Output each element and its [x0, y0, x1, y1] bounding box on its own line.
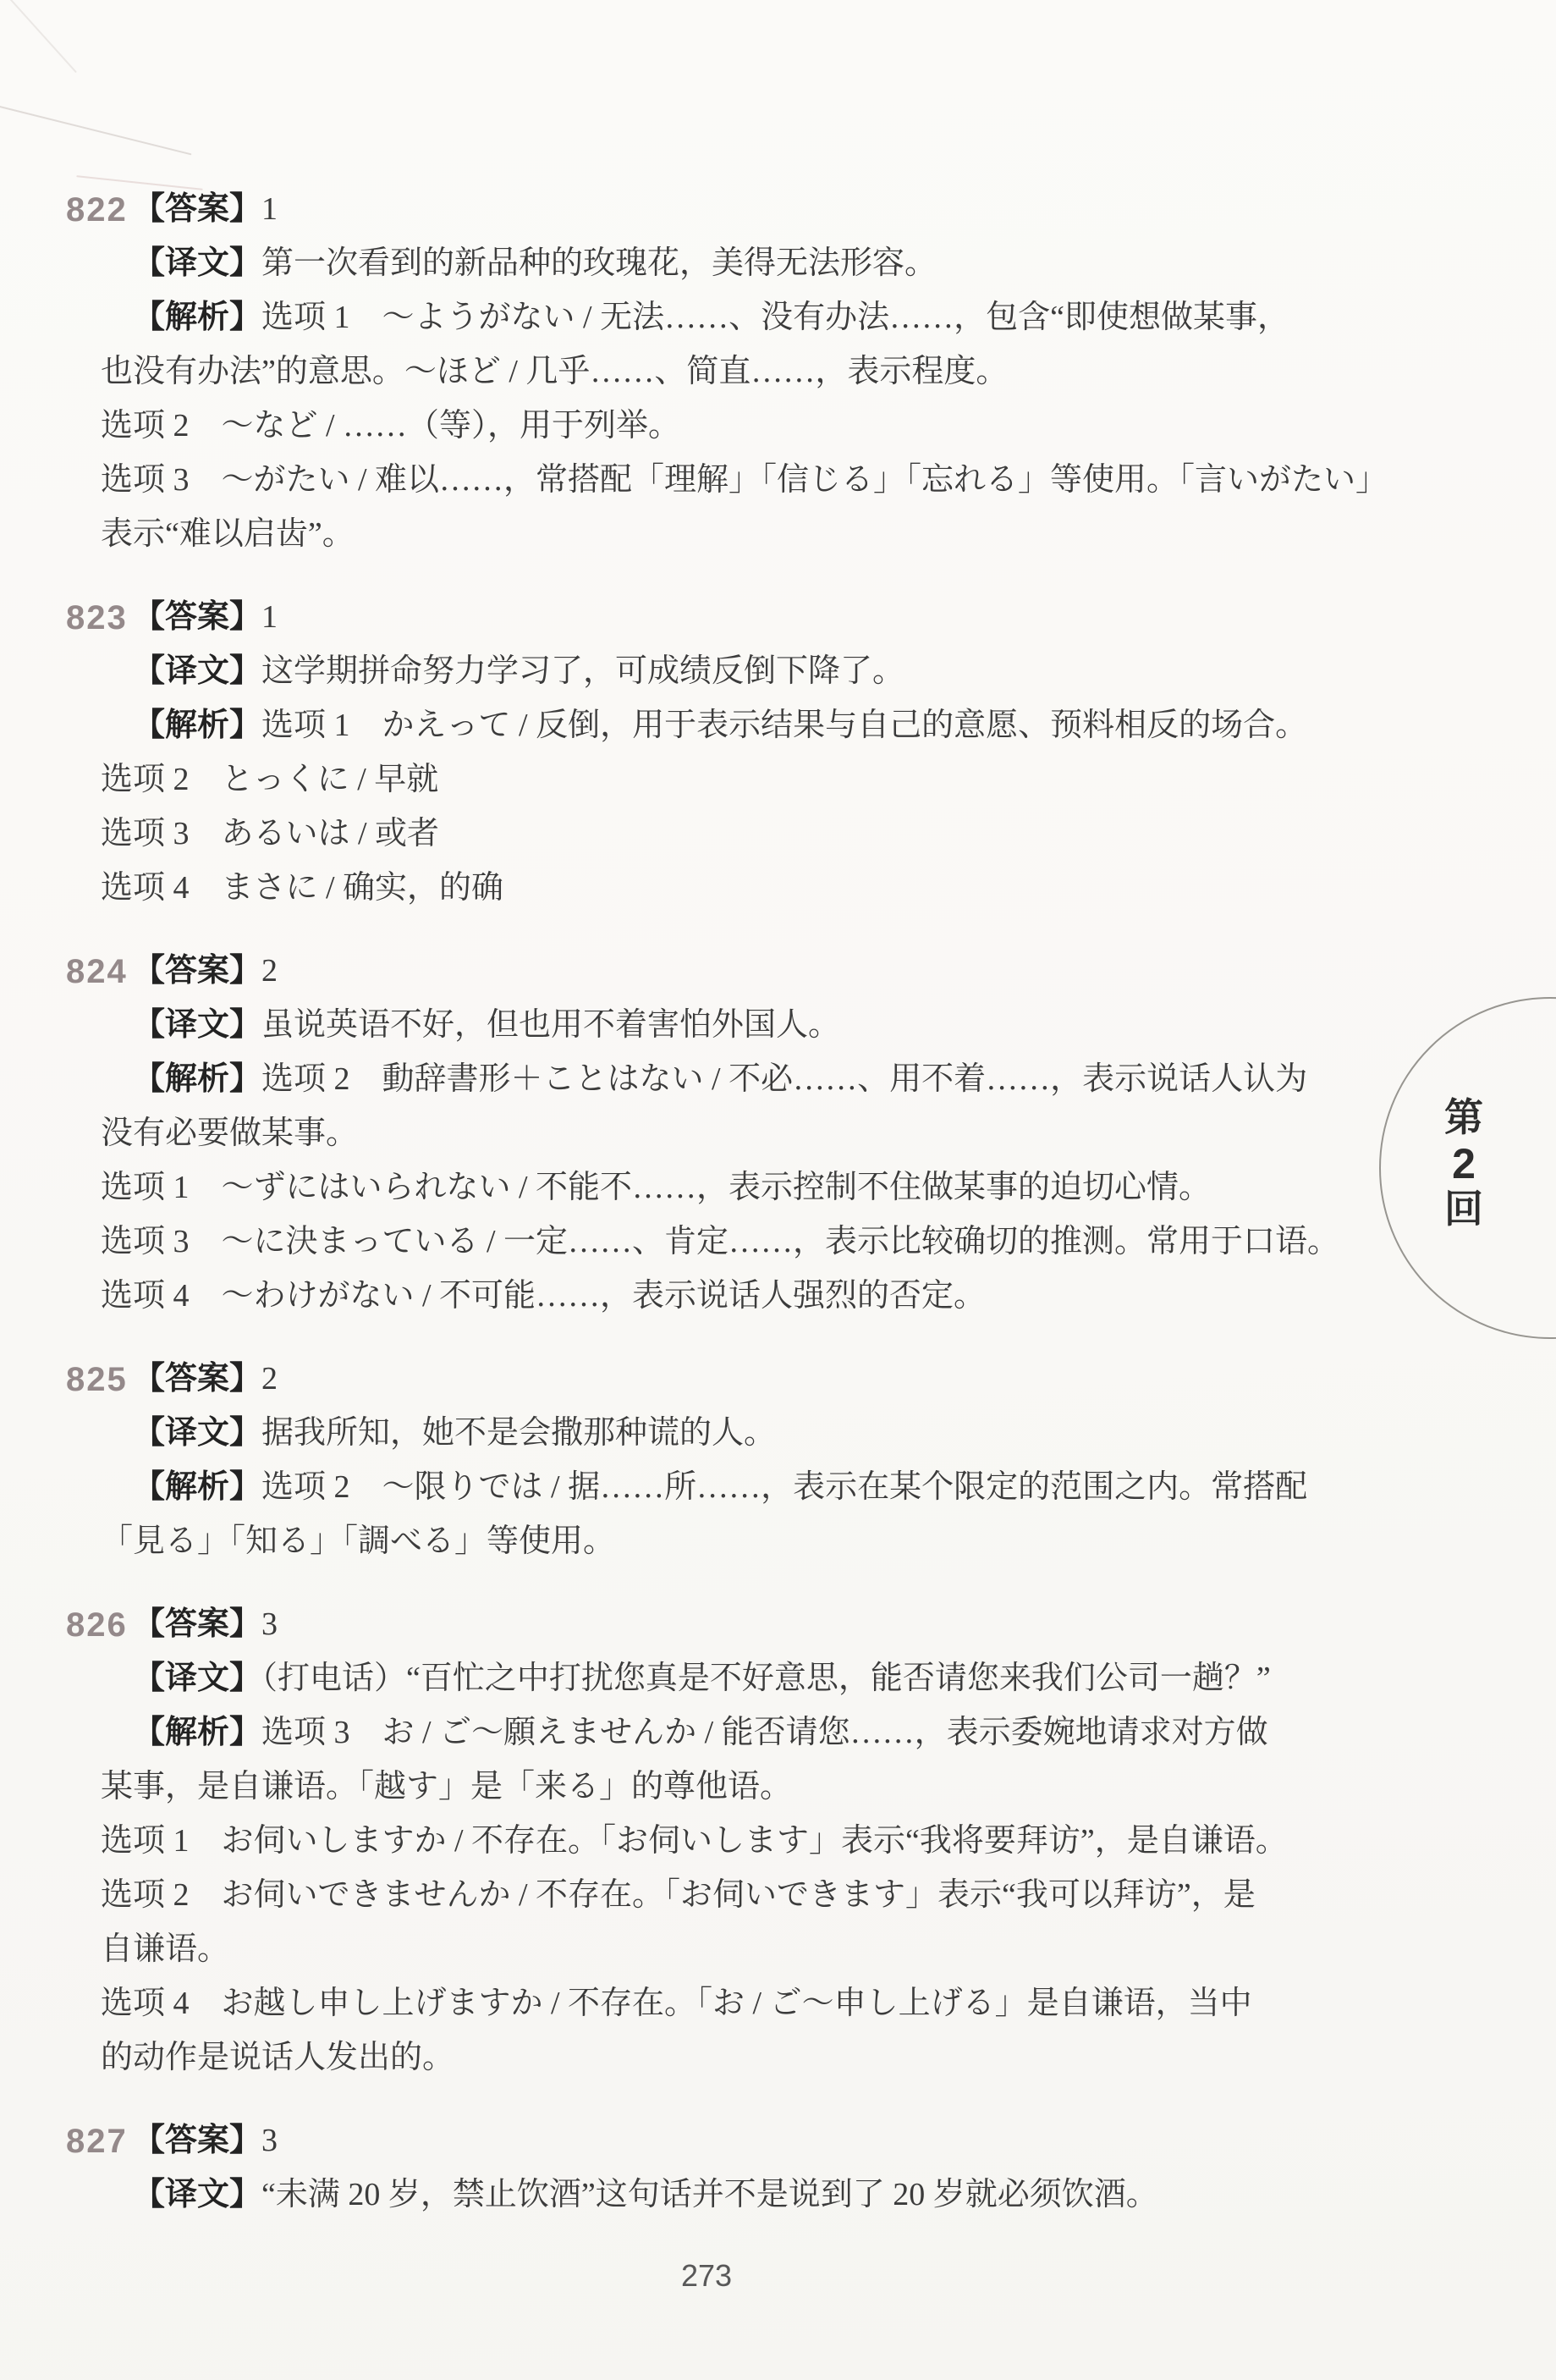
continuation-line: 也没有办法”的意思。～ほど / 几乎……、简直……，表示程度。: [0, 344, 1556, 399]
item-number: 824: [66, 953, 128, 991]
answer-line: 【答案】3: [0, 2113, 1556, 2168]
translation-line: 【译文】据我所知，她不是会撒那种谎的人。: [0, 1406, 1556, 1460]
answer-item: 823 【答案】1 【译文】这学期拼命努力学习了，可成绩反倒下降了。 【解析】选…: [0, 590, 1556, 915]
section-label: 【解析】: [133, 300, 261, 335]
option-line: 选项 4 まさに / 确实，的确: [0, 861, 1556, 915]
answer-key-content: 822 【答案】1 【译文】第一次看到的新品种的玫瑰花，美得无法形容。 【解析】…: [0, 182, 1556, 2251]
section-label: 【译文】: [133, 653, 261, 689]
answer-line: 【答案】2: [0, 944, 1556, 998]
section-label: 【答案】: [133, 1361, 261, 1397]
round-2-badge: 第 2 回: [1437, 1095, 1491, 1232]
answer-item: 824 【答案】2 【译文】虽说英语不好，但也用不着害怕外国人。 【解析】选项 …: [0, 944, 1556, 1323]
analysis-line: 【解析】选项 1 ～ようがない / 无法……、没有办法……，包含“即使想做某事，: [0, 290, 1556, 344]
section-label: 【译文】: [133, 1007, 261, 1043]
continuation-line: 的动作是说话人发出的。: [0, 2030, 1556, 2085]
section-label: 【译文】: [133, 245, 261, 281]
scanned-textbook-page: { "page": { "number": "273", "badge": { …: [0, 0, 1556, 2380]
answer-value: 3: [261, 1606, 278, 1642]
answer-item: 826 【答案】3 【译文】（打电话）“百忙之中打扰您真是不好意思，能否请您来我…: [0, 1597, 1556, 2085]
item-number: 822: [66, 191, 128, 229]
continuation-line: 表示“难以启齿”。: [0, 507, 1556, 561]
continuation-line: 没有必要做某事。: [0, 1106, 1556, 1160]
section-label: 【解析】: [133, 1469, 261, 1505]
section-label: 【答案】: [133, 2123, 261, 2158]
section-label: 【解析】: [133, 1061, 261, 1097]
section-label: 【答案】: [133, 191, 261, 227]
translation-line: 【译文】（打电话）“百忙之中打扰您真是不好意思，能否请您来我们公司一趟？”: [0, 1651, 1556, 1705]
badge-char: 回: [1437, 1187, 1491, 1232]
answer-value: 2: [261, 1361, 278, 1397]
item-number: 826: [66, 1606, 128, 1645]
continuation-line: 自谦语。: [0, 1922, 1556, 1976]
item-number: 827: [66, 2123, 128, 2161]
answer-line: 【答案】3: [0, 1597, 1556, 1651]
badge-char: 2: [1437, 1141, 1491, 1187]
option-line: 选项 1 ～ずにはいられない / 不能不……，表示控制不住做某事的迫切心情。: [0, 1160, 1556, 1215]
paper-crease: [0, 101, 191, 156]
option-line: 选项 3 ～に決まっている / 一定……、肯定……，表示比较确切的推测。常用于口…: [0, 1215, 1556, 1269]
answer-line: 【答案】2: [0, 1352, 1556, 1406]
translation-line: 【译文】第一次看到的新品种的玫瑰花，美得无法形容。: [0, 236, 1556, 290]
answer-item: 827 【答案】3 【译文】“未满 20 岁，禁止饮酒”这句话并不是说到了 20…: [0, 2113, 1556, 2222]
section-label: 【译文】: [133, 1661, 261, 1696]
continuation-line: 某事，是自谦语。「越す」是「来る」的尊他语。: [0, 1760, 1556, 1814]
answer-value: 1: [261, 191, 278, 227]
analysis-line: 【解析】选项 3 お / ご～願えませんか / 能否请您……，表示委婉地请求对方…: [0, 1705, 1556, 1760]
analysis-line: 【解析】选项 2 ～限りでは / 据……所……，表示在某个限定的范围之内。常搭配: [0, 1460, 1556, 1514]
section-label: 【解析】: [133, 1715, 261, 1750]
section-label: 【译文】: [133, 2177, 261, 2212]
section-label: 【答案】: [133, 953, 261, 989]
section-label: 【答案】: [133, 599, 261, 635]
translation-line: 【译文】这学期拼命努力学习了，可成绩反倒下降了。: [0, 644, 1556, 698]
option-line: 选项 3 ～がたい / 难以……，常搭配「理解」「信じる」「忘れる」等使用。「言…: [0, 453, 1556, 507]
section-label: 【答案】: [133, 1606, 261, 1642]
option-line: 选项 4 お越し申し上げますか / 不存在。「お / ご～申し上げる」是自谦语，…: [0, 1976, 1556, 2030]
paper-crease: [8, 0, 77, 73]
option-line: 选项 4 ～わけがない / 不可能……，表示说话人强烈的否定。: [0, 1269, 1556, 1323]
answer-item: 822 【答案】1 【译文】第一次看到的新品种的玫瑰花，美得无法形容。 【解析】…: [0, 182, 1556, 561]
answer-line: 【答案】1: [0, 590, 1556, 644]
section-label: 【解析】: [133, 708, 261, 743]
badge-char: 第: [1437, 1095, 1491, 1141]
section-label: 【译文】: [133, 1415, 261, 1451]
continuation-line: 「見る」「知る」「調べる」等使用。: [0, 1514, 1556, 1568]
option-line: 选项 2 ～など / ……（等），用于列举。: [0, 399, 1556, 453]
page-number: 273: [643, 2258, 770, 2294]
answer-value: 3: [261, 2123, 278, 2158]
item-number: 825: [66, 1361, 128, 1399]
translation-line: 【译文】虽说英语不好，但也用不着害怕外国人。: [0, 998, 1556, 1052]
option-line: 选项 2 とっくに / 早就: [0, 752, 1556, 807]
answer-line: 【答案】1: [0, 182, 1556, 236]
analysis-line: 【解析】选项 2 動辞書形＋ことはない / 不必……、用不着……，表示说话人认为: [0, 1052, 1556, 1106]
answer-item: 825 【答案】2 【译文】据我所知，她不是会撒那种谎的人。 【解析】选项 2 …: [0, 1352, 1556, 1568]
option-line: 选项 1 お伺いしますか / 不存在。「お伺いします」表示“我将要拜访”，是自谦…: [0, 1814, 1556, 1868]
option-line: 选项 2 お伺いできませんか / 不存在。「お伺いできます」表示“我可以拜访”，…: [0, 1868, 1556, 1922]
answer-value: 1: [261, 599, 278, 635]
analysis-line: 【解析】选项 1 かえって / 反倒，用于表示结果与自己的意愿、预料相反的场合。: [0, 698, 1556, 752]
option-line: 选项 3 あるいは / 或者: [0, 807, 1556, 861]
answer-value: 2: [261, 953, 278, 989]
item-number: 823: [66, 599, 128, 637]
translation-line: 【译文】“未满 20 岁，禁止饮酒”这句话并不是说到了 20 岁就必须饮酒。: [0, 2168, 1556, 2222]
